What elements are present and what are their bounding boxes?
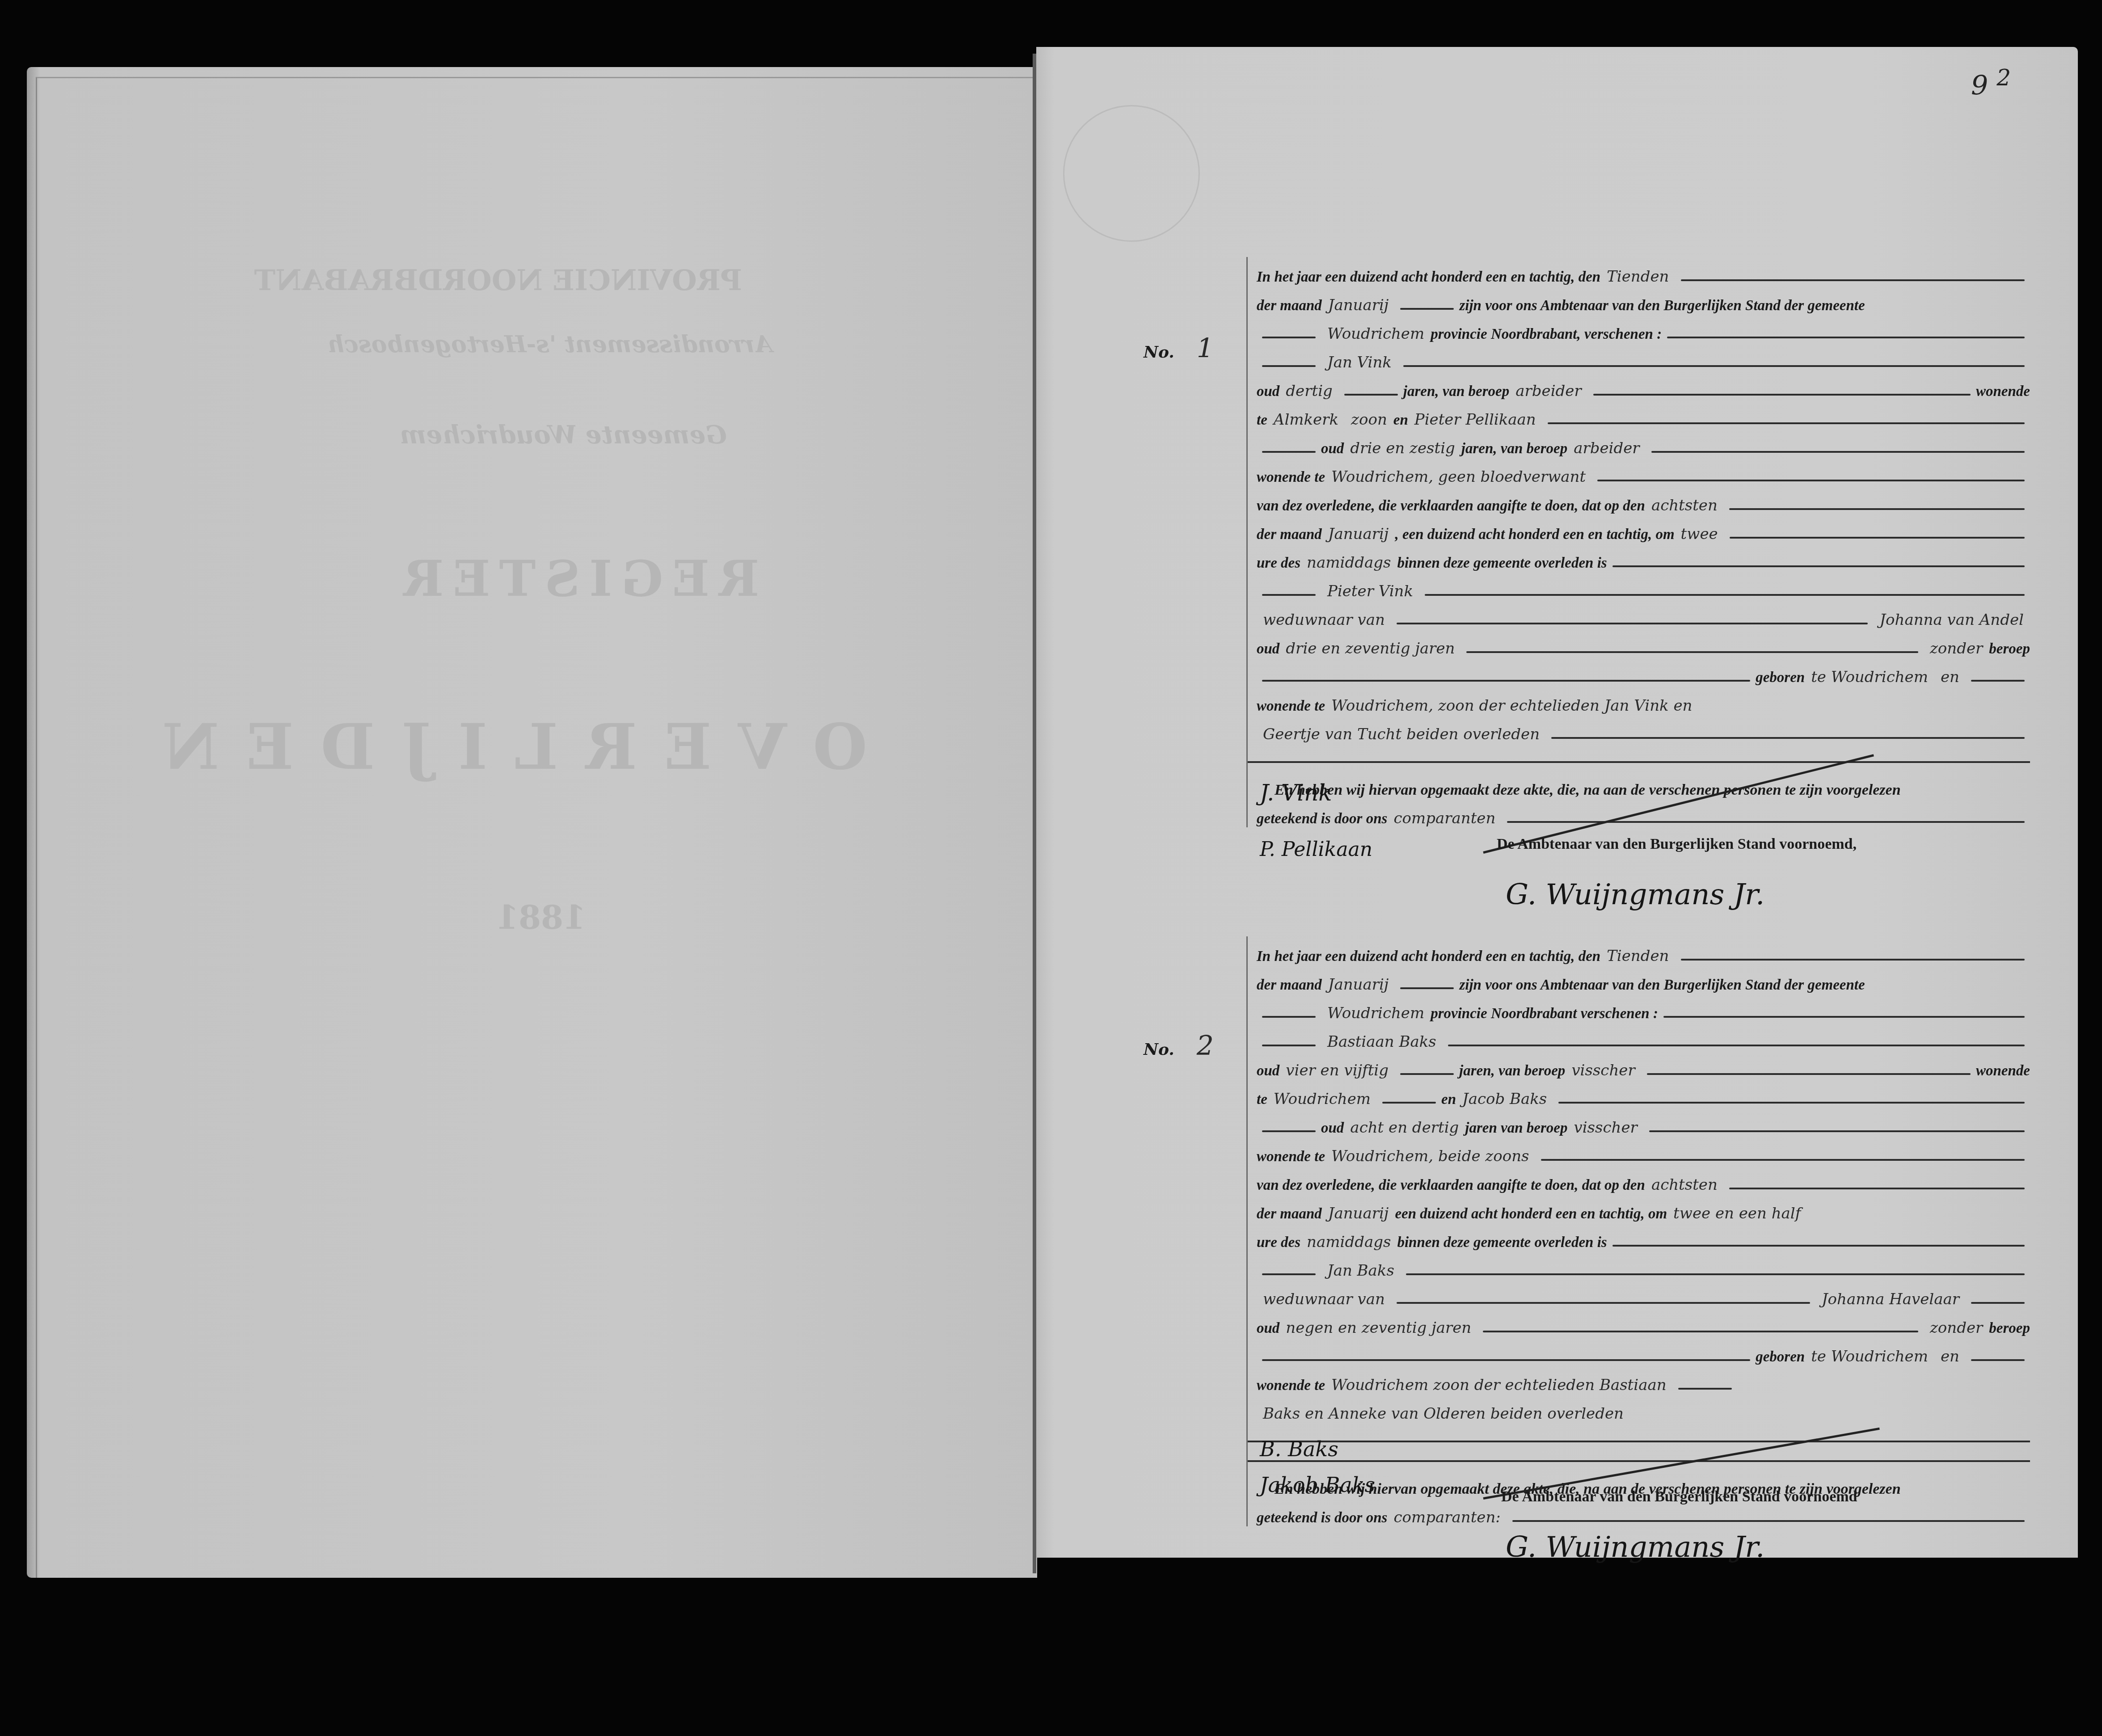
act1-line13: weduwnaar vanJohanna van Andel — [1248, 600, 2030, 629]
act2-line11: ure desnamiddagsbinnen deze gemeente ove… — [1248, 1222, 2030, 1251]
act1-line14: ouddrie en zeventig jarenzonderberoep — [1248, 629, 2030, 657]
act2-line5: oudvier en vijftigjaren, van beroepvissc… — [1248, 1051, 2030, 1079]
act1-line11: ure desnamiddagsbinnen deze gemeente ove… — [1248, 543, 2030, 572]
act1-line4: Jan Vink — [1248, 343, 2030, 371]
witness-signature-1a: J. Vink — [1260, 780, 1332, 806]
act1-separator — [1248, 743, 2030, 763]
bleed-year: 1881 — [452, 898, 630, 936]
act2-line16: wonende teWoudrichem zoon der echteliede… — [1248, 1365, 2030, 1394]
act2-line15: geborente Woudrichemen — [1248, 1337, 2030, 1365]
act1-line12: Pieter Vink — [1248, 572, 2030, 600]
act1-line17: Geertje van Tucht beiden overleden — [1248, 715, 2030, 743]
act2-line10: der maandJanuarijeen duizend acht honder… — [1248, 1194, 2030, 1222]
act-number-2: No.2 — [1144, 1030, 1220, 1062]
act2-line8: wonende teWoudrichem, beide zoons — [1248, 1137, 2030, 1165]
act2-separator — [1248, 1423, 2030, 1442]
act1-line7: ouddrie en zestigjaren, van beroeparbeid… — [1248, 429, 2030, 457]
act2-line17: Baks en Anneke van Olderen beiden overle… — [1248, 1394, 2030, 1423]
official-label-2: De Ambtenaar van den Burgerlijken Stand … — [1501, 1488, 1857, 1505]
right-page: 9 2 No.1 In het jaar een duizend acht ho… — [1036, 47, 2078, 1558]
act1-line15: geborente Woudrichemen — [1248, 657, 2030, 686]
act2-line1: In het jaar een duizend acht honderd een… — [1248, 936, 2030, 965]
bleed-arrondissement: Arrondissement 's-Hertogenbosch — [237, 331, 863, 358]
act2-line12: Jan Baks — [1248, 1251, 2030, 1280]
witness-signature-2a: B. Baks — [1260, 1437, 1338, 1461]
act1-line1: In het jaar een duizend acht honderd een… — [1248, 257, 2030, 286]
act1-line2: der maandJanuarijzijn voor ons Ambtenaar… — [1248, 286, 2030, 314]
book-gutter — [1033, 54, 1036, 1573]
witness-signature-1b: P. Pellikaan — [1260, 838, 1372, 861]
bleed-register: REGISTER — [376, 550, 778, 607]
act1-line8: wonende teWoudrichem, geen bloedverwant — [1248, 457, 2030, 486]
act-2: In het jaar een duizend acht honderd een… — [1246, 936, 2030, 1526]
act2-line4: Bastiaan Baks — [1248, 1022, 2030, 1051]
official-signature-1: G. Wuijngmans Jr. — [1506, 878, 1764, 911]
bleed-overlijden: OVERLIJDEN — [241, 711, 867, 784]
left-page-border — [36, 77, 1037, 1578]
act2-line3: Woudrichemprovincie Noordbrabant versche… — [1248, 994, 2030, 1022]
act2-line13: weduwnaar vanJohanna Havelaar — [1248, 1280, 2030, 1308]
act-1: In het jaar een duizend acht honderd een… — [1246, 257, 2030, 827]
act2-line2: der maandJanuarijzijn voor ons Ambtenaar… — [1248, 965, 2030, 994]
act1-line3: Woudrichemprovincie Noordbrabant, versch… — [1248, 314, 2030, 343]
act1-line9: van dez overledene, die verklaarden aang… — [1248, 486, 2030, 514]
act2-separator-2 — [1248, 1442, 2030, 1462]
act1-line5: ouddertigjaren, van beroeparbeiderwonend… — [1248, 371, 2030, 400]
act2-line14: oudnegen en zeventig jarenzonderberoep — [1248, 1308, 2030, 1337]
act1-line10: der maandJanuarij, een duizend acht hond… — [1248, 514, 2030, 543]
act2-line6: teWoudrichemenJacob Baks — [1248, 1079, 2030, 1108]
act2-line7: oudacht en dertigjaren van beroepvissche… — [1248, 1108, 2030, 1137]
seal-stamp-icon — [1063, 105, 1200, 242]
official-signature-2: G. Wuijngmans Jr. — [1506, 1531, 1764, 1564]
official-label-1: De Ambtenaar van den Burgerlijken Stand … — [1497, 836, 1857, 853]
act2-line9: van dez overledene, die verklaarden aang… — [1248, 1165, 2030, 1194]
act-number-1: No.1 — [1144, 333, 1220, 364]
bleed-gemeente: Gemeente Woudrichem — [384, 420, 742, 450]
act1-closing-1: En hebben wij hiervan opgemaakt deze akt… — [1248, 763, 2030, 799]
bleed-provincie: PROVINCIE NOORDBRABANT — [340, 264, 742, 297]
witness-signature-2b: Jakob Baks — [1260, 1473, 1375, 1497]
page-number: 9 2 — [1971, 65, 2011, 101]
act1-line16: wonende teWoudrichem, zoon der echtelied… — [1248, 686, 2030, 715]
left-page: PROVINCIE NOORDBRABANT Arrondissement 's… — [27, 67, 1037, 1578]
act1-line6: teAlmkerkzoonenPieter Pellikaan — [1248, 400, 2030, 429]
